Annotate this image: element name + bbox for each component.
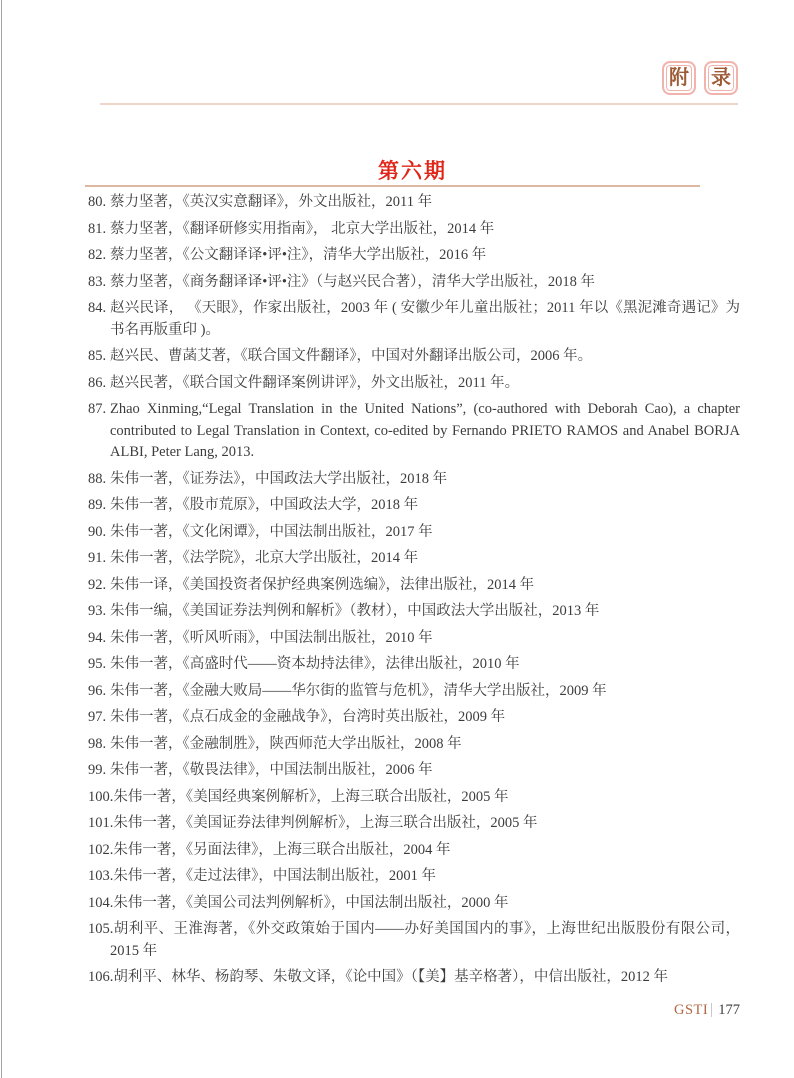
reference-text: 朱伟一著，《点石成金的金融战争》，台湾时英出版社，2009 年 bbox=[110, 709, 505, 725]
reference-item: 93.朱伟一编，《美国证券法判例和解析》（教材），中国政法大学出版社，2013 … bbox=[88, 601, 740, 623]
reference-text: 朱伟一著，《高盛时代——资本劫持法律》，法律出版社，2010 年 bbox=[110, 656, 520, 672]
reference-number: 106. bbox=[88, 967, 113, 989]
reference-item: 88.朱伟一著，《证券法》，中国政法大学出版社，2018 年 bbox=[88, 469, 740, 491]
reference-number: 85. bbox=[88, 346, 110, 368]
appendix-seal-char-1: 附 bbox=[669, 68, 689, 88]
reference-text: 朱伟一著，《听风听雨》，中国法制出版社，2010 年 bbox=[110, 630, 433, 646]
reference-text: 朱伟一著，《美国公司法判例解析》，中国法制出版社，2000 年 bbox=[113, 895, 508, 911]
reference-text: 蔡力坚著，《英汉实意翻译》，外文出版社，2011 年 bbox=[110, 194, 432, 210]
reference-item: 106.胡利平、林华、杨韵琴、朱敬文译，《论中国》（【美】基辛格著），中信出版社… bbox=[88, 967, 740, 989]
reference-text: 蔡力坚著，《商务翻译译•评•注》（与赵兴民合著），清华大学出版社，2018 年 bbox=[110, 274, 595, 290]
reference-item: 99.朱伟一著，《敬畏法律》，中国法制出版社，2006 年 bbox=[88, 760, 740, 782]
page-footer: GSTI 177 bbox=[674, 1001, 740, 1019]
reference-text: 蔡力坚著，《公文翻译译•评•注》，清华大学出版社，2016 年 bbox=[110, 247, 486, 263]
footer-page-number: 177 bbox=[718, 1001, 740, 1019]
reference-number: 89. bbox=[88, 495, 110, 517]
appendix-seal-box-1: 附 bbox=[662, 61, 696, 95]
reference-text: 朱伟一著，《另面法律》，上海三联合出版社，2004 年 bbox=[113, 842, 450, 858]
reference-number: 96. bbox=[88, 681, 110, 703]
header-rule bbox=[100, 103, 738, 105]
reference-text: 朱伟一著，《法学院》，北京大学出版社，2014 年 bbox=[110, 550, 418, 566]
reference-item: 102.朱伟一著，《另面法律》，上海三联合出版社，2004 年 bbox=[88, 840, 740, 862]
reference-item: 105.胡利平、王淮海著，《外交政策始于国内——办好美国国内的事》，上海世纪出版… bbox=[88, 919, 740, 962]
reference-number: 82. bbox=[88, 245, 110, 267]
appendix-header: 附 录 bbox=[662, 61, 738, 95]
reference-item: 90.朱伟一著，《文化闲谭》，中国法制出版社，2017 年 bbox=[88, 522, 740, 544]
reference-number: 92. bbox=[88, 575, 110, 597]
reference-text: 蔡力坚著，《翻译研修实用指南》， 北京大学出版社，2014 年 bbox=[110, 221, 494, 237]
appendix-page: 附 录 第六期 80.蔡力坚著，《英汉实意翻译》，外文出版社，2011 年 81… bbox=[0, 0, 794, 1078]
reference-number: 98. bbox=[88, 734, 110, 756]
reference-item: 85.赵兴民、曹菡艾著，《联合国文件翻译》，中国对外翻译出版公司，2006 年。 bbox=[88, 346, 740, 368]
reference-number: 100. bbox=[88, 787, 113, 809]
section-title: 第六期 bbox=[85, 155, 740, 185]
reference-item: 104.朱伟一著，《美国公司法判例解析》，中国法制出版社，2000 年 bbox=[88, 893, 740, 915]
reference-number: 104. bbox=[88, 893, 113, 915]
reference-text: 朱伟一著，《敬畏法律》，中国法制出版社，2006 年 bbox=[110, 762, 433, 778]
reference-text: 朱伟一著，《美国证券法律判例解析》，上海三联合出版社，2005 年 bbox=[113, 815, 537, 831]
reference-item: 101.朱伟一著，《美国证券法律判例解析》，上海三联合出版社，2005 年 bbox=[88, 813, 740, 835]
reference-item: 80.蔡力坚著，《英汉实意翻译》，外文出版社，2011 年 bbox=[88, 192, 740, 214]
reference-number: 88. bbox=[88, 469, 110, 491]
reference-item: 89.朱伟一著，《股市荒原》，中国政法大学，2018 年 bbox=[88, 495, 740, 517]
reference-text: 胡利平、王淮海著，《外交政策始于国内——办好美国国内的事》，上海世纪出版股份有限… bbox=[110, 921, 740, 959]
reference-number: 93. bbox=[88, 601, 110, 623]
reference-item: 95.朱伟一著，《高盛时代——资本劫持法律》，法律出版社，2010 年 bbox=[88, 654, 740, 676]
reference-item: 97.朱伟一著，《点石成金的金融战争》，台湾时英出版社，2009 年 bbox=[88, 707, 740, 729]
reference-item: 84.赵兴民译， 《天眼》，作家出版社，2003 年 ( 安徽少年儿童出版社；2… bbox=[88, 298, 740, 341]
reference-text: 朱伟一著，《证券法》，中国政法大学出版社，2018 年 bbox=[110, 471, 447, 487]
reference-text: 赵兴民、曹菡艾著，《联合国文件翻译》，中国对外翻译出版公司，2006 年。 bbox=[110, 348, 592, 364]
reference-number: 87. bbox=[88, 399, 110, 421]
reference-item: 103.朱伟一著，《走过法律》，中国法制出版社，2001 年 bbox=[88, 866, 740, 888]
section-title-rule bbox=[85, 185, 700, 187]
reference-text: 赵兴民译， 《天眼》，作家出版社，2003 年 ( 安徽少年儿童出版社；2011… bbox=[110, 300, 740, 338]
reference-item: 92.朱伟一译，《美国投资者保护经典案例选编》，法律出版社，2014 年 bbox=[88, 575, 740, 597]
reference-text: 胡利平、林华、杨韵琴、朱敬文译，《论中国》（【美】基辛格著），中信出版社，201… bbox=[113, 969, 668, 985]
reference-text: 朱伟一著，《文化闲谭》，中国法制出版社，2017 年 bbox=[110, 524, 433, 540]
reference-number: 90. bbox=[88, 522, 110, 544]
reference-number: 105. bbox=[88, 919, 113, 941]
reference-item: 98.朱伟一著，《金融制胜》，陕西师范大学出版社，2008 年 bbox=[88, 734, 740, 756]
reference-text: 朱伟一著，《金融大败局——华尔街的监管与危机》，清华大学出版社，2009 年 bbox=[110, 683, 607, 699]
appendix-seal-box-2: 录 bbox=[704, 61, 738, 95]
reference-text: Zhao Xinming,“Legal Translation in the U… bbox=[110, 401, 740, 460]
reference-text: 赵兴民著，《联合国文件翻译案例讲评》，外文出版社，2011 年。 bbox=[110, 375, 519, 391]
footer-separator bbox=[711, 1003, 712, 1017]
reference-number: 94. bbox=[88, 628, 110, 650]
reference-number: 103. bbox=[88, 866, 113, 888]
reference-number: 101. bbox=[88, 813, 113, 835]
reference-item: 86.赵兴民著，《联合国文件翻译案例讲评》，外文出版社，2011 年。 bbox=[88, 373, 740, 395]
reference-number: 102. bbox=[88, 840, 113, 862]
reference-list: 80.蔡力坚著，《英汉实意翻译》，外文出版社，2011 年 81.蔡力坚著，《翻… bbox=[88, 192, 740, 994]
reference-number: 83. bbox=[88, 272, 110, 294]
reference-number: 95. bbox=[88, 654, 110, 676]
reference-item: 83.蔡力坚著，《商务翻译译•评•注》（与赵兴民合著），清华大学出版社，2018… bbox=[88, 272, 740, 294]
reference-item: 81.蔡力坚著，《翻译研修实用指南》， 北京大学出版社，2014 年 bbox=[88, 219, 740, 241]
reference-text: 朱伟一编，《美国证券法判例和解析》（教材），中国政法大学出版社，2013 年 bbox=[110, 603, 599, 619]
appendix-seal-char-2: 录 bbox=[711, 68, 731, 88]
reference-number: 91. bbox=[88, 548, 110, 570]
reference-text: 朱伟一著，《美国经典案例解析》，上海三联合出版社，2005 年 bbox=[113, 789, 508, 805]
scan-edge-line bbox=[1, 0, 2, 1078]
reference-number: 80. bbox=[88, 192, 110, 214]
reference-text: 朱伟一著，《走过法律》，中国法制出版社，2001 年 bbox=[113, 868, 436, 884]
reference-number: 81. bbox=[88, 219, 110, 241]
reference-text: 朱伟一著，《金融制胜》，陕西师范大学出版社，2008 年 bbox=[110, 736, 462, 752]
reference-item: 82.蔡力坚著，《公文翻译译•评•注》，清华大学出版社，2016 年 bbox=[88, 245, 740, 267]
reference-item: 96.朱伟一著，《金融大败局——华尔街的监管与危机》，清华大学出版社，2009 … bbox=[88, 681, 740, 703]
reference-number: 99. bbox=[88, 760, 110, 782]
reference-item: 100.朱伟一著，《美国经典案例解析》，上海三联合出版社，2005 年 bbox=[88, 787, 740, 809]
reference-number: 84. bbox=[88, 298, 110, 320]
reference-item: 94.朱伟一著，《听风听雨》，中国法制出版社，2010 年 bbox=[88, 628, 740, 650]
reference-text: 朱伟一译，《美国投资者保护经典案例选编》，法律出版社，2014 年 bbox=[110, 577, 534, 593]
reference-number: 86. bbox=[88, 373, 110, 395]
reference-item: 87.Zhao Xinming,“Legal Translation in th… bbox=[88, 399, 740, 464]
footer-brand: GSTI bbox=[674, 1001, 708, 1019]
reference-number: 97. bbox=[88, 707, 110, 729]
reference-item: 91.朱伟一著，《法学院》，北京大学出版社，2014 年 bbox=[88, 548, 740, 570]
reference-text: 朱伟一著，《股市荒原》，中国政法大学，2018 年 bbox=[110, 497, 418, 513]
